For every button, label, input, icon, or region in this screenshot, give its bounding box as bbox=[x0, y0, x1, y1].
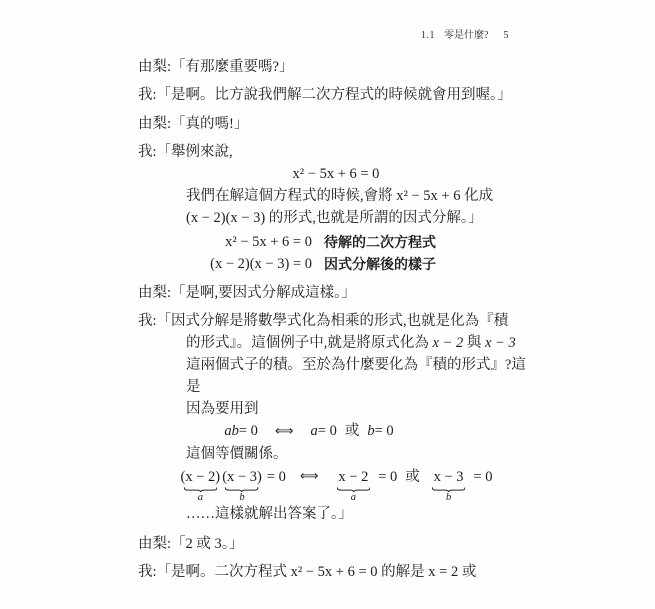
section-number: 1.1 bbox=[421, 30, 435, 41]
factor-expr: x − 3 bbox=[434, 467, 464, 487]
or-word: 或 bbox=[405, 467, 420, 487]
section-title: 零是什麼? bbox=[444, 30, 488, 41]
dialogue-me-3-line-4: 因為要用到 bbox=[138, 398, 534, 420]
inline-math: x² − 5x + 6 = 0 bbox=[291, 564, 378, 580]
underbraced-factor: (x − 3) b bbox=[221, 467, 263, 503]
or-word: 或 bbox=[345, 420, 360, 442]
equation-original: x² − 5x + 6 = 0 bbox=[172, 232, 312, 253]
math-eq: = 0 bbox=[378, 467, 397, 487]
inline-math: x = 2 bbox=[428, 564, 458, 580]
factor-expr: x − 2 bbox=[338, 467, 368, 487]
math-var: a bbox=[311, 420, 318, 442]
dialogue-me-3-line-6: ……這樣就解出答案了。」 bbox=[138, 503, 534, 525]
inline-math: x − 3 bbox=[485, 335, 516, 351]
text-fragment: 或 bbox=[458, 564, 476, 580]
dialogue-me-3-line-1: 我:「因式分解是將數學式化為相乘的形式,也就是化為『積 bbox=[138, 310, 534, 332]
iff-arrow-icon: ⟺ bbox=[300, 467, 319, 487]
iff-arrow-icon: ⟺ bbox=[275, 421, 294, 443]
inline-math: (x − 2)(x − 3) bbox=[186, 210, 265, 226]
math-eq: = 0 bbox=[375, 420, 394, 442]
dialogue-yuri-1: 由梨:「有那麼重要嗎?」 bbox=[138, 56, 534, 78]
running-head: 1.1零是什麼?5 bbox=[421, 26, 508, 41]
dialogue-me-3-line-2: 的形式』。這個例子中,就是將原式化為 x − 2 與 x − 3 bbox=[138, 332, 534, 354]
dialogue-me-2-intro: 我:「舉例來說, bbox=[138, 141, 534, 163]
math-var: ab bbox=[224, 420, 239, 442]
dialogue-me-3-line-5: 這個等價關係。 bbox=[138, 443, 534, 465]
brace-label: b bbox=[446, 492, 451, 503]
equation-factored: (x − 2)(x − 3) = 0 bbox=[172, 254, 312, 275]
dialogue-yuri-4: 由梨:「2 或 3。」 bbox=[138, 533, 534, 555]
dialogue-me-3-line-3: 這兩個式子的積。至於為什麼要化為『積的形式』?這是 bbox=[138, 354, 534, 398]
quadratic-equation-display: x² − 5x + 6 = 0 bbox=[138, 163, 534, 185]
text-fragment: 的形式』。這個例子中,就是將原式化為 bbox=[186, 335, 433, 351]
factor-expr: (x − 2) bbox=[181, 467, 221, 487]
quadratic-equation: x² − 5x + 6 = 0 bbox=[293, 166, 380, 182]
book-page: 1.1零是什麼?5 由梨:「有那麼重要嗎?」 我:「是啊。比方說我們解二次方程式… bbox=[0, 0, 655, 609]
labeled-equations: x² − 5x + 6 = 0待解的二次方程式 (x − 2)(x − 3) =… bbox=[172, 232, 534, 276]
text-fragment: 的形式,也就是所謂的因式分解。」 bbox=[265, 210, 483, 226]
text-fragment: 與 bbox=[463, 335, 485, 351]
math-var: b bbox=[367, 420, 374, 442]
dialogue-yuri-3: 由梨:「是啊,要因式分解成這樣。」 bbox=[138, 282, 534, 304]
labeled-equation-row: (x − 2)(x − 3) = 0因式分解後的樣子 bbox=[172, 254, 534, 276]
math-eq: = 0 bbox=[239, 420, 258, 442]
math-eq: = 0 bbox=[267, 467, 286, 487]
text-fragment: 的解是 bbox=[378, 564, 429, 580]
math-eq: = 0 bbox=[473, 467, 492, 487]
factor-expr: (x − 3) bbox=[222, 467, 262, 487]
underbraced-factor: (x − 2) a bbox=[180, 467, 222, 503]
brace-label: a bbox=[198, 492, 203, 503]
dialogue-me-1: 我:「是啊。比方說我們解二次方程式的時候就會用到喔。」 bbox=[138, 84, 534, 106]
dialogue-me-2-line-2: 我們在解這個方程式的時候,會將 x² − 5x + 6 化成 bbox=[138, 185, 534, 207]
inline-math: x² − 5x + 6 bbox=[396, 188, 460, 204]
math-eq: = 0 bbox=[318, 420, 337, 442]
text-fragment: 化成 bbox=[460, 188, 493, 204]
page-number: 5 bbox=[503, 30, 508, 41]
dialogue-yuri-2: 由梨:「真的嗎!」 bbox=[138, 113, 534, 135]
equation-factored-label: 因式分解後的樣子 bbox=[324, 256, 436, 272]
page-body: 由梨:「有那麼重要嗎?」 我:「是啊。比方說我們解二次方程式的時候就會用到喔。」… bbox=[138, 56, 534, 583]
text-fragment: 我們在解這個方程式的時候,會將 bbox=[186, 188, 396, 204]
inline-math: x − 2 bbox=[433, 335, 464, 351]
brace-label: b bbox=[239, 492, 244, 503]
equation-original-label: 待解的二次方程式 bbox=[324, 234, 436, 250]
zero-product-equivalence-formula: ab = 0⟺a = 0或b = 0 bbox=[111, 420, 507, 443]
brace-label: a bbox=[351, 492, 356, 503]
underbraced-factor: x − 3 b bbox=[428, 467, 470, 503]
labeled-equation-row: x² − 5x + 6 = 0待解的二次方程式 bbox=[172, 232, 534, 254]
dialogue-me-2-line-3: (x − 2)(x − 3) 的形式,也就是所謂的因式分解。」 bbox=[138, 207, 534, 229]
underbraced-factor: x − 2 a bbox=[333, 467, 375, 503]
dialogue-me-4: 我:「是啊。二次方程式 x² − 5x + 6 = 0 的解是 x = 2 或 bbox=[138, 561, 534, 583]
factored-equivalence-formula: (x − 2) a (x − 3) b = 0⟺ x − 2 a = 0或 x … bbox=[138, 467, 534, 503]
text-fragment: 我:「是啊。二次方程式 bbox=[138, 564, 291, 580]
